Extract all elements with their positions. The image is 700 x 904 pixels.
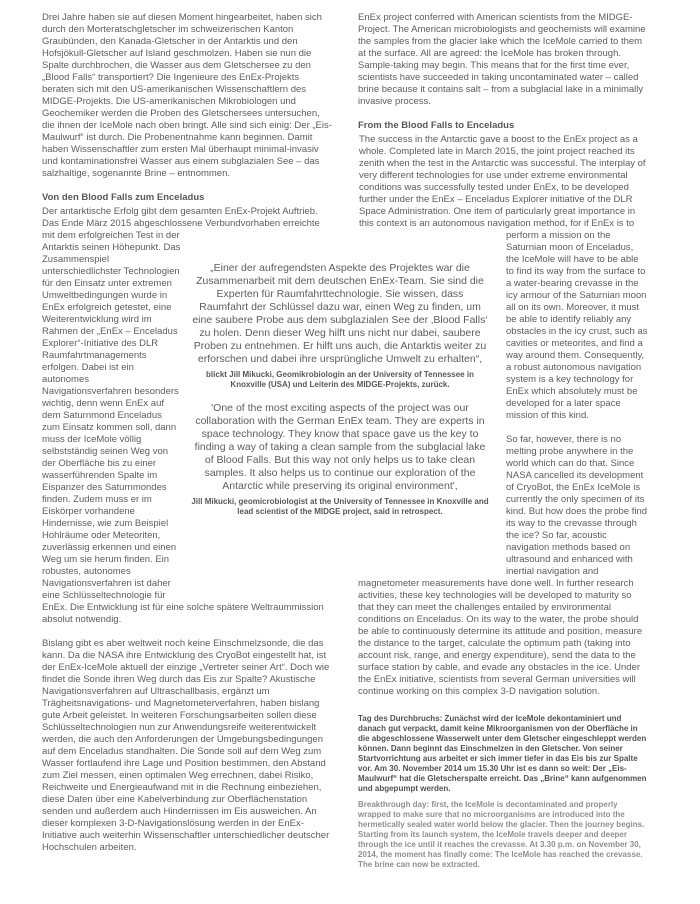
photo-caption-de: Tag des Durchbruchs: Zunächst wird der I… — [358, 714, 649, 794]
navigation-paragraph-de: Bislang gibt es aber weltweit noch keine… — [42, 638, 333, 854]
pull-quote-text-en: 'One of the most exciting aspects of the… — [191, 402, 489, 493]
pull-quote-spacer-step-left-col — [332, 206, 333, 232]
pull-quote-attribution-en: Jill Mikucki, geomicrobiologist at the U… — [191, 497, 489, 517]
pull-quote-attribution-de: blickt Jill Mikucki, Geomikrobiologin an… — [191, 370, 489, 390]
pull-quote-block: „Einer der aufregendsten Aspekte des Pro… — [191, 262, 489, 529]
photo-caption-en: Breakthrough day: first, the IceMole is … — [358, 800, 649, 870]
intro-paragraph-de: Drei Jahre haben sie auf diesen Moment h… — [42, 12, 333, 180]
intro-paragraph-en: EnEx project conferred with American sci… — [358, 12, 649, 108]
pull-quote-text-de: „Einer der aufregendsten Aspekte des Pro… — [191, 262, 489, 366]
section-heading-de: Von den Blood Falls zum Enceladus — [42, 192, 333, 204]
section-heading-en: From the Blood Falls to Enceladus — [358, 120, 649, 132]
magazine-article-page: Drei Jahre haben sie auf diesen Moment h… — [0, 0, 700, 904]
